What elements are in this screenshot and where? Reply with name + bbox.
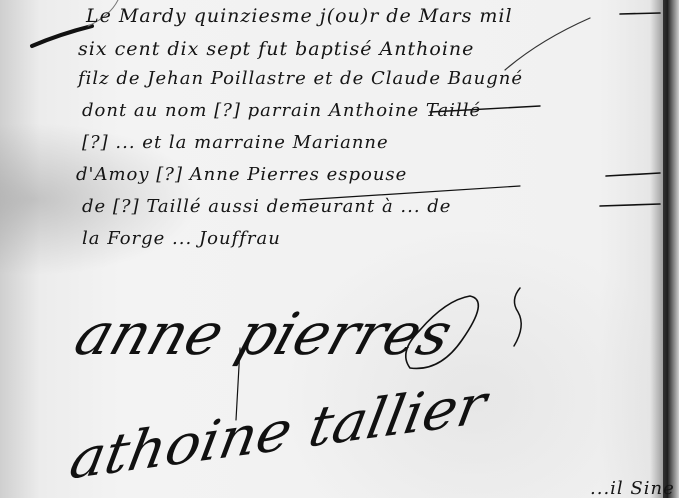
text-line-1: Le Mardy quinziesme j(ou)r de Mars mil [86,5,513,27]
text-line-8: la Forge ... Jouffrau [82,228,281,249]
scanned-register-page: Le Mardy quinziesme j(ou)r de Mars mil s… [0,0,679,498]
bottom-edge-fragment: ...il Sine [590,478,675,498]
text-line-7: de [?] Taillé aussi demeurant à ... de [82,196,451,217]
text-line-6: d'Amoy [?] Anne Pierres espouse [76,164,407,185]
text-line-2: six cent dix sept fut baptisé Anthoine [78,38,474,60]
page-binding-edge [663,0,668,498]
strike-line [505,18,590,70]
text-line-4: dont au nom [?] parrain Anthoine Taillé [82,100,481,121]
text-line-5: [?] ... et la marraine Marianne [82,132,389,153]
signature-brace [514,288,521,346]
signature-anne-pierres: anne pierres [67,300,461,368]
text-line-3: filz de Jehan Poillastre et de Claude Ba… [78,68,523,89]
